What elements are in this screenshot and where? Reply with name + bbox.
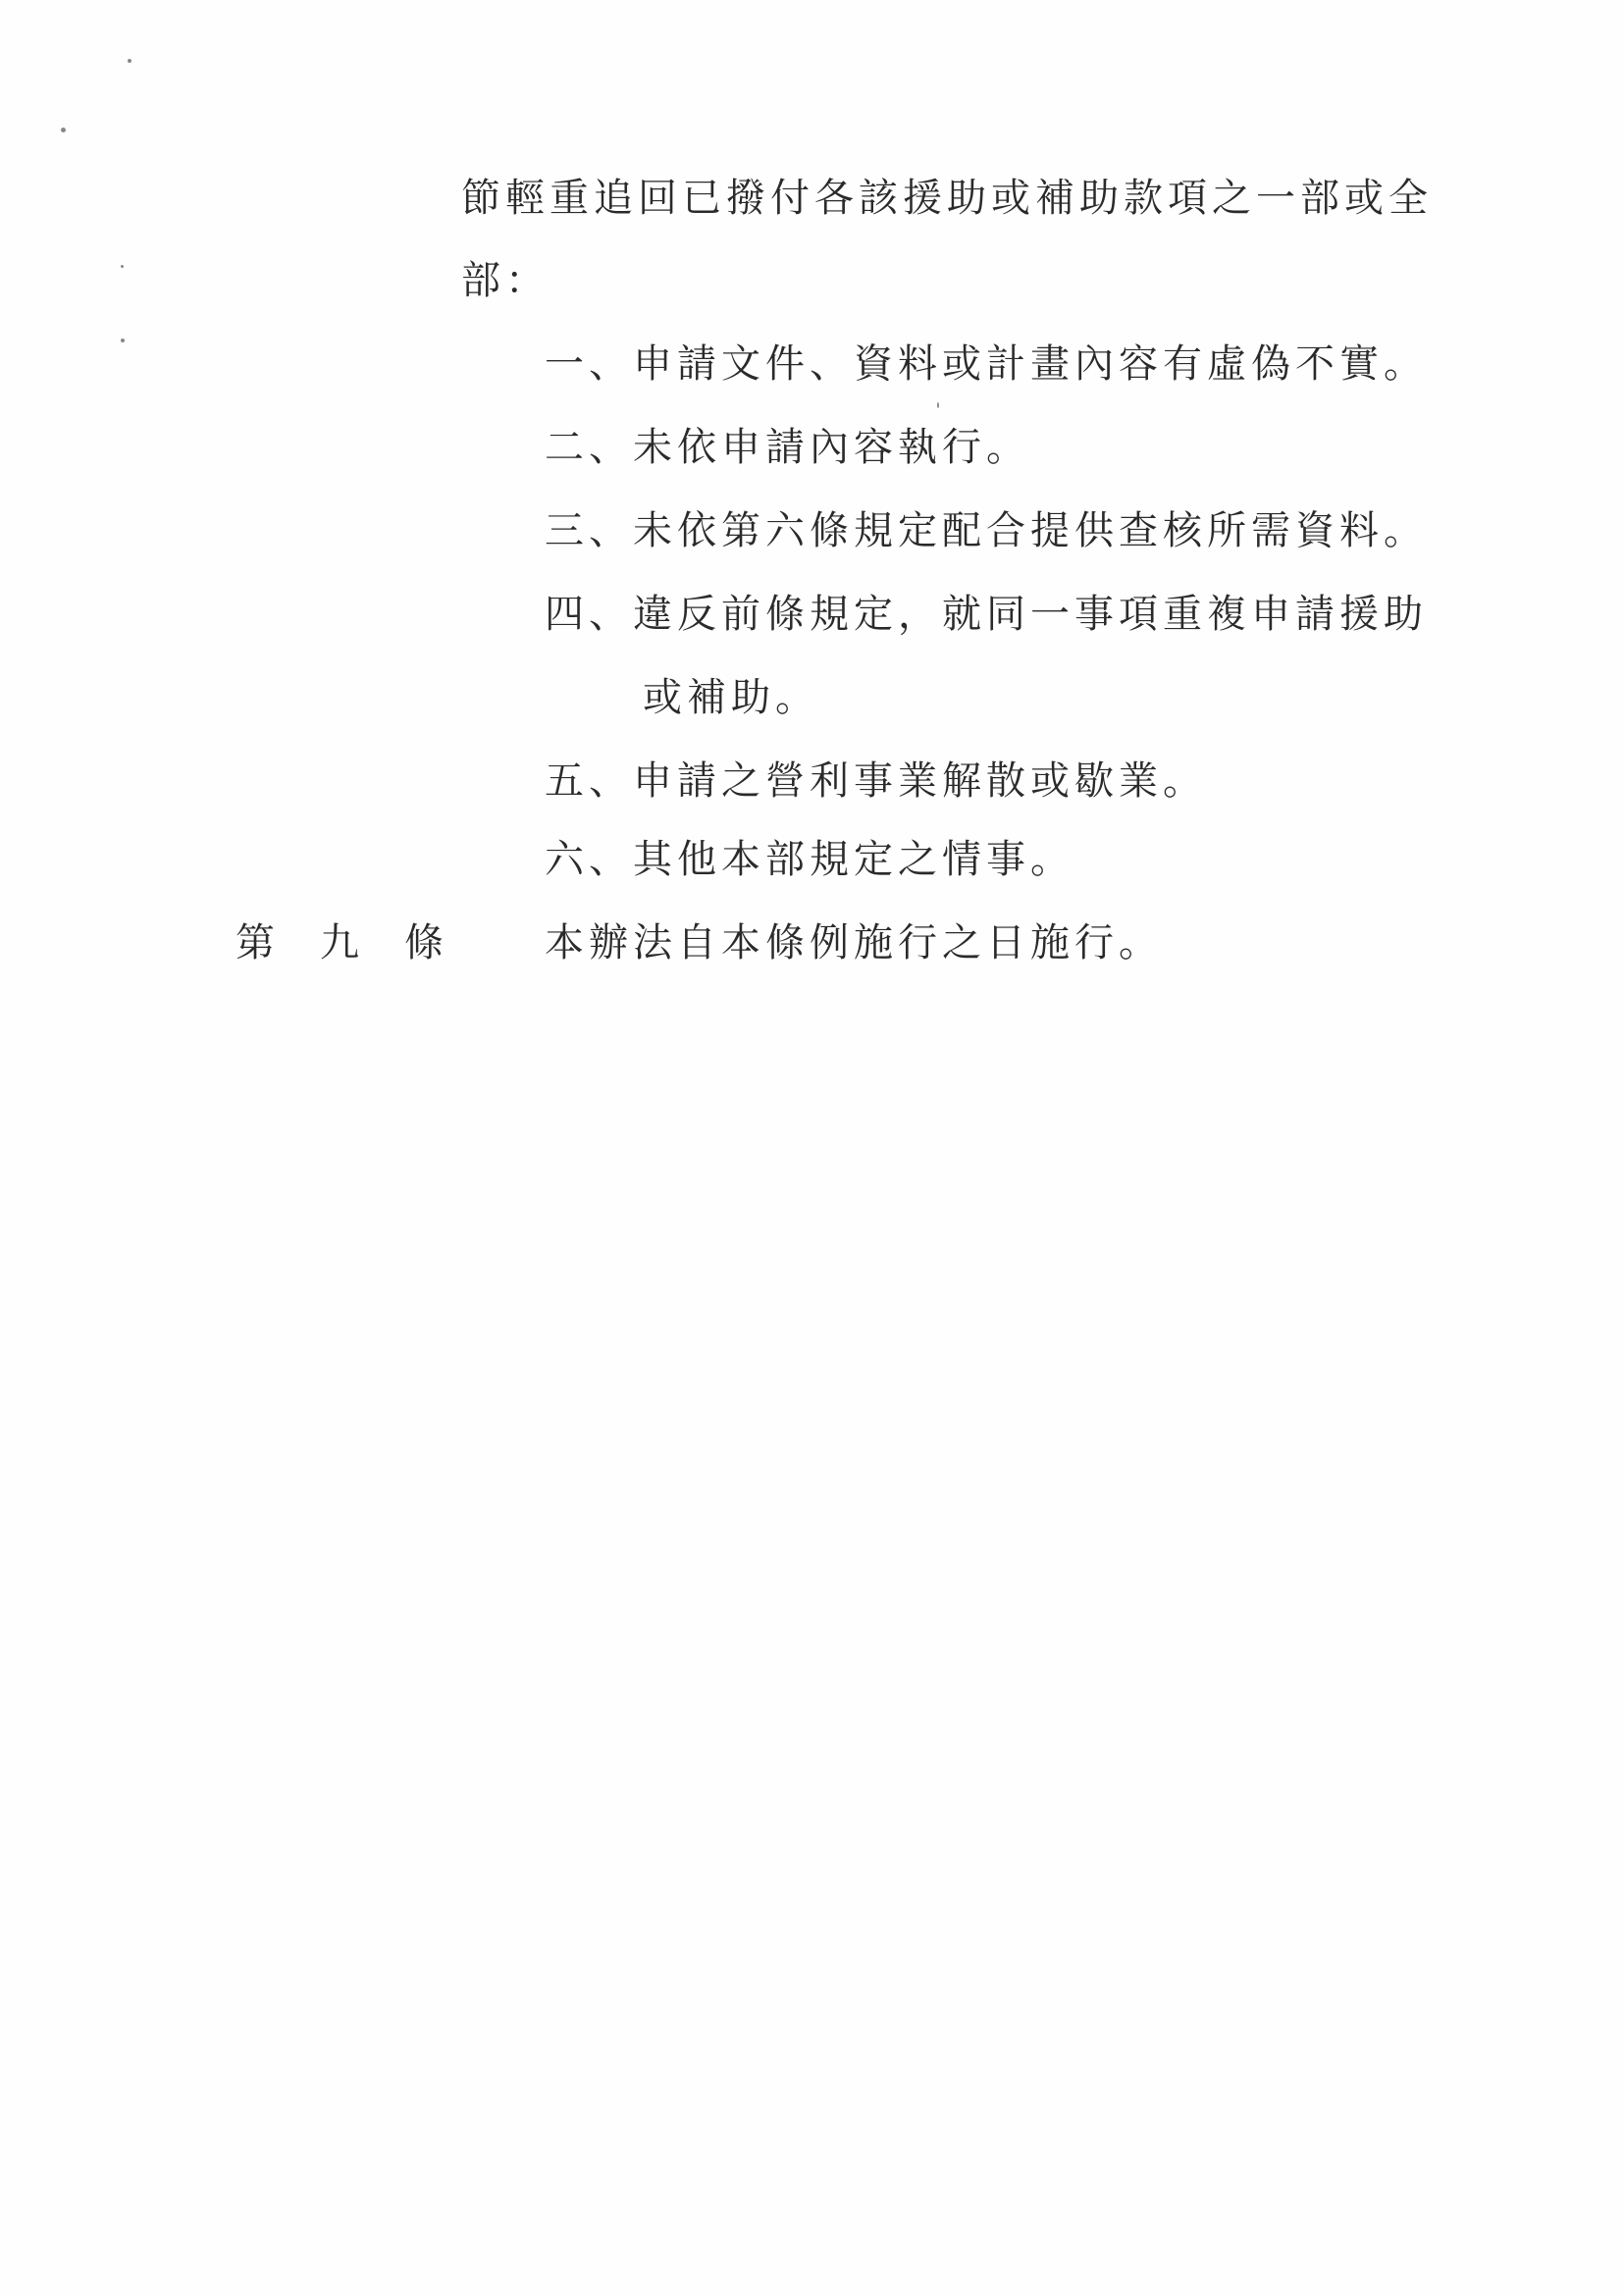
scan-speck: [61, 128, 66, 132]
article-heading-char: 第: [236, 919, 320, 966]
article-heading-char: 條: [404, 919, 489, 966]
paragraph-continuation-line-1: 節輕重追回已撥付各該援助或補助款項之一部或全: [461, 175, 1433, 222]
list-item-label: 六、: [545, 837, 633, 882]
scan-speck: [121, 339, 125, 342]
paragraph-continuation-line-2: 部：: [461, 257, 550, 304]
list-item-2: 二、未依申請內容執行。: [545, 424, 1030, 471]
scan-speck: [937, 402, 939, 408]
list-item-text: 申請之營利事業解散或歇業。: [633, 758, 1207, 804]
list-item-label: 一、: [545, 341, 633, 387]
list-item-text: 申請文件、資料或計畫內容有虛偽不實。: [633, 341, 1428, 387]
scan-speck: [121, 265, 124, 268]
article-heading-char: 九: [320, 919, 404, 966]
list-item-text: 未依第六條規定配合提供查核所需資料。: [633, 508, 1428, 553]
list-item-4: 四、違反前條規定，就同一事項重複申請援助: [545, 591, 1428, 638]
article-9-heading: 第九條: [236, 919, 489, 966]
list-item-1: 一、申請文件、資料或計畫內容有虛偽不實。: [545, 340, 1428, 388]
scan-speck: [128, 59, 131, 63]
list-item-label: 三、: [545, 508, 633, 553]
scanned-document-page: 節輕重追回已撥付各該援助或補助款項之一部或全 部： 一、申請文件、資料或計畫內容…: [0, 0, 1623, 2296]
list-item-label: 四、: [545, 592, 633, 637]
list-item-5: 五、申請之營利事業解散或歇業。: [545, 757, 1207, 805]
list-item-label: 二、: [545, 425, 633, 470]
list-item-text: 違反前條規定，就同一事項重複申請援助: [633, 592, 1428, 637]
list-item-text: 未依申請內容執行。: [633, 425, 1030, 470]
list-item-3: 三、未依第六條規定配合提供查核所需資料。: [545, 507, 1428, 554]
list-item-6: 六、其他本部規定之情事。: [545, 836, 1074, 883]
list-item-text: 其他本部規定之情事。: [633, 837, 1074, 882]
list-item-4-continuation: 或補助。: [643, 674, 819, 721]
article-9-text: 本辦法自本條例施行之日施行。: [545, 919, 1163, 966]
list-item-label: 五、: [545, 758, 633, 804]
